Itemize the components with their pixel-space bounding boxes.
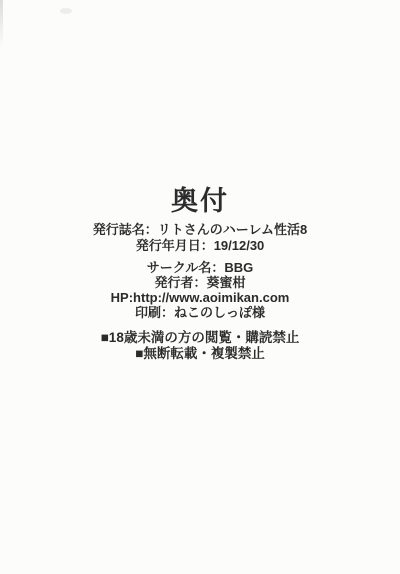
publisher-name: 発行者：葵蜜柑 xyxy=(0,275,400,290)
scan-smudge xyxy=(60,8,72,14)
publication-info: 発行誌名：リトさんのハーレム性活8 発行年月日：19/12/30 xyxy=(0,222,400,254)
reproduction-notice: ■無断転載・複製禁止 xyxy=(0,346,400,362)
age-restriction-notice: ■18歳未満の方の閲覧・購読禁止 xyxy=(0,330,400,346)
page-title: 奥付 xyxy=(0,188,400,215)
circle-name: サークル名：BBG xyxy=(0,260,400,275)
homepage-url: HP:http://www.aoimikan.com xyxy=(0,290,400,305)
notices: ■18歳未満の方の閲覧・購読禁止 ■無断転載・複製禁止 xyxy=(0,330,400,362)
circle-info: サークル名：BBG 発行者：葵蜜柑 HP:http://www.aoimikan… xyxy=(0,260,400,320)
colophon-page: 奥付 発行誌名：リトさんのハーレム性活8 発行年月日：19/12/30 サークル… xyxy=(0,0,400,574)
publication-date: 発行年月日：19/12/30 xyxy=(0,238,400,254)
publication-name: 発行誌名：リトさんのハーレム性活8 xyxy=(0,222,400,238)
printer-name: 印刷：ねこのしっぽ様 xyxy=(0,305,400,320)
scan-artifact xyxy=(0,0,3,48)
